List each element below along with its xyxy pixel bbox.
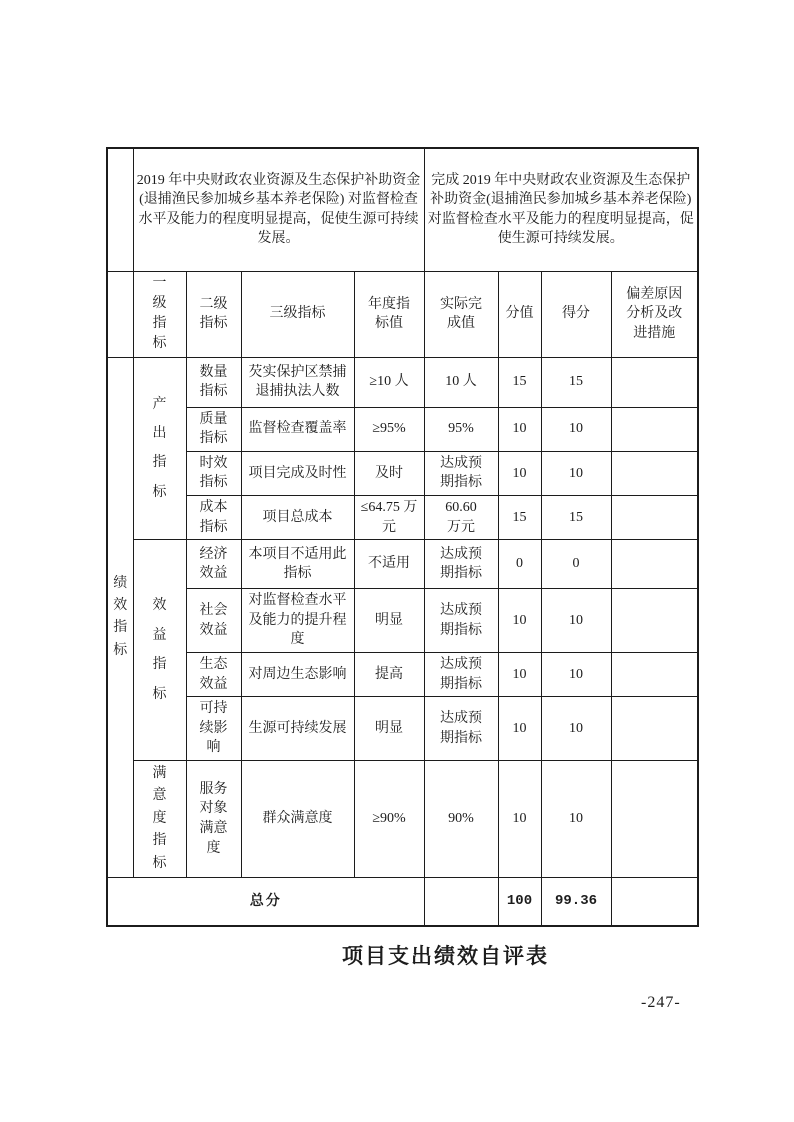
table-row: 时效指标 项目完成及时性 及时 达成预期指标 10 10 <box>107 451 698 495</box>
deviation-cell <box>611 653 698 697</box>
total-deviation-cell <box>611 877 698 926</box>
deviation-cell <box>611 540 698 589</box>
target-cell: 及时 <box>354 451 424 495</box>
header-actual: 实际完成值 <box>424 271 498 357</box>
level3-cell: 监督检查覆盖率 <box>241 407 354 451</box>
table-row: 绩效指标 产出指标 数量指标 芡实保护区禁捕退捕执法人数 ≥10 人 10 人 … <box>107 357 698 407</box>
actual-cell: 达成预期指标 <box>424 589 498 653</box>
level2-cell: 时效指标 <box>186 451 241 495</box>
level3-cell: 群众满意度 <box>241 761 354 878</box>
score-cell: 0 <box>498 540 541 589</box>
table-row: 成本指标 项目总成本 ≤64.75 万元 60.60 万元 15 15 <box>107 496 698 540</box>
target-cell: 明显 <box>354 589 424 653</box>
earned-cell: 10 <box>541 697 611 761</box>
deviation-cell <box>611 761 698 878</box>
header-target-label: 年度指标值 <box>366 295 412 334</box>
earned-cell: 10 <box>541 761 611 878</box>
level2-cell: 数量指标 <box>186 357 241 407</box>
performance-table: 2019 年中央财政农业资源及生态保护补助资金(退捕渔民参加城乡基本养老保险) … <box>106 147 699 927</box>
carryover-row: 2019 年中央财政农业资源及生态保护补助资金(退捕渔民参加城乡基本养老保险) … <box>107 148 698 271</box>
level3-cell: 对周边生态影响 <box>241 653 354 697</box>
earned-cell: 10 <box>541 653 611 697</box>
level3-cell: 本项目不适用此指标 <box>241 540 354 589</box>
score-cell: 10 <box>498 407 541 451</box>
earned-cell: 10 <box>541 589 611 653</box>
deviation-cell <box>611 589 698 653</box>
deviation-cell <box>611 697 698 761</box>
level2-cell: 质量指标 <box>186 407 241 451</box>
group-label-benefit: 效益指标 <box>152 591 168 709</box>
target-cell: ≥95% <box>354 407 424 451</box>
group-label-output: 产出指标 <box>152 390 168 508</box>
table-row: 可持续影响 生源可持续发展 明显 达成预期指标 10 10 <box>107 697 698 761</box>
earned-cell: 10 <box>541 451 611 495</box>
group-label-benefit-cell: 效益指标 <box>133 540 186 761</box>
score-cell: 15 <box>498 496 541 540</box>
perf-indicator-label: 绩效指标 <box>112 573 128 663</box>
score-cell: 10 <box>498 697 541 761</box>
actual-cell: 达成预期指标 <box>424 653 498 697</box>
deviation-cell <box>611 407 698 451</box>
level2-cell: 经济效益 <box>186 540 241 589</box>
score-cell: 10 <box>498 451 541 495</box>
group-label-output-cell: 产出指标 <box>133 357 186 540</box>
level3-cell: 对监督检查水平及能力的提升程度 <box>241 589 354 653</box>
total-actual-cell <box>424 877 498 926</box>
earned-cell: 15 <box>541 496 611 540</box>
header-row: 一级指标 二级指标 三级指标 年度指标值 实际完成值 分值 得分 偏差原因分析及… <box>107 271 698 357</box>
actual-cell: 达成预期指标 <box>424 451 498 495</box>
level3-cell: 生源可持续发展 <box>241 697 354 761</box>
level2-cell: 服务对象满意度 <box>186 761 241 878</box>
total-score: 100 <box>498 877 541 926</box>
table-row: 质量指标 监督检查覆盖率 ≥95% 95% 10 10 <box>107 407 698 451</box>
target-cell: ≥90% <box>354 761 424 878</box>
target-cell: 提高 <box>354 653 424 697</box>
score-cell: 10 <box>498 761 541 878</box>
deviation-cell <box>611 357 698 407</box>
actual-cell: 达成预期指标 <box>424 540 498 589</box>
doc-title: 项目支出绩效自评表 <box>342 940 549 970</box>
document-page: 2019 年中央财政农业资源及生态保护补助资金(退捕渔民参加城乡基本养老保险) … <box>0 0 794 1122</box>
level3-cell: 芡实保护区禁捕退捕执法人数 <box>241 357 354 407</box>
score-cell: 15 <box>498 357 541 407</box>
header-score-label: 分值 <box>506 306 534 321</box>
actual-cell: 10 人 <box>424 357 498 407</box>
target-cell: ≤64.75 万元 <box>354 496 424 540</box>
page-number: -247- <box>641 994 681 1012</box>
header-earned: 得分 <box>541 271 611 357</box>
header-actual-label: 实际完成值 <box>438 295 484 334</box>
earned-cell: 15 <box>541 357 611 407</box>
annual-target-text: 2019 年中央财政农业资源及生态保护补助资金(退捕渔民参加城乡基本养老保险) … <box>133 148 424 271</box>
header-level3: 三级指标 <box>241 271 354 357</box>
header-level2-label: 二级指标 <box>198 295 229 334</box>
carryover-spacer-cell <box>107 148 133 271</box>
table-row: 生态效益 对周边生态影响 提高 达成预期指标 10 10 <box>107 653 698 697</box>
level2-cell: 成本指标 <box>186 496 241 540</box>
header-level3-label: 三级指标 <box>270 306 326 321</box>
total-earned: 99.36 <box>541 877 611 926</box>
target-cell: ≥10 人 <box>354 357 424 407</box>
earned-cell: 10 <box>541 407 611 451</box>
actual-cell: 达成预期指标 <box>424 697 498 761</box>
level3-cell: 项目完成及时性 <box>241 451 354 495</box>
header-deviation: 偏差原因分析及改进措施 <box>611 271 698 357</box>
earned-cell: 0 <box>541 540 611 589</box>
table-row: 社会效益 对监督检查水平及能力的提升程度 明显 达成预期指标 10 10 <box>107 589 698 653</box>
level2-cell: 社会效益 <box>186 589 241 653</box>
header-earned-label: 得分 <box>562 306 590 321</box>
total-label: 总分 <box>107 877 424 926</box>
score-cell: 10 <box>498 653 541 697</box>
header-spacer-cell <box>107 271 133 357</box>
table-row: 满意度指标 服务对象满意度 群众满意度 ≥90% 90% 10 10 <box>107 761 698 878</box>
deviation-cell <box>611 451 698 495</box>
actual-completion-text: 完成 2019 年中央财政农业资源及生态保护补助资金(退捕渔民参加城乡基本养老保… <box>424 148 698 271</box>
group-label-satisfaction: 满意度指标 <box>152 763 168 875</box>
header-level2: 二级指标 <box>186 271 241 357</box>
target-cell: 明显 <box>354 697 424 761</box>
level2-cell: 可持续影响 <box>186 697 241 761</box>
header-level1: 一级指标 <box>133 271 186 357</box>
perf-indicator-cell: 绩效指标 <box>107 357 133 877</box>
actual-cell: 90% <box>424 761 498 878</box>
target-cell: 不适用 <box>354 540 424 589</box>
header-level1-label: 一级指标 <box>152 274 168 355</box>
group-label-satisfaction-cell: 满意度指标 <box>133 761 186 878</box>
level2-cell: 生态效益 <box>186 653 241 697</box>
actual-cell: 95% <box>424 407 498 451</box>
deviation-cell <box>611 496 698 540</box>
score-cell: 10 <box>498 589 541 653</box>
table-row: 效益指标 经济效益 本项目不适用此指标 不适用 达成预期指标 0 0 <box>107 540 698 589</box>
level3-cell: 项目总成本 <box>241 496 354 540</box>
header-score: 分值 <box>498 271 541 357</box>
total-row: 总分 100 99.36 <box>107 877 698 926</box>
header-deviation-label: 偏差原因分析及改进措施 <box>625 285 683 344</box>
header-target: 年度指标值 <box>354 271 424 357</box>
actual-cell: 60.60 万元 <box>424 496 498 540</box>
